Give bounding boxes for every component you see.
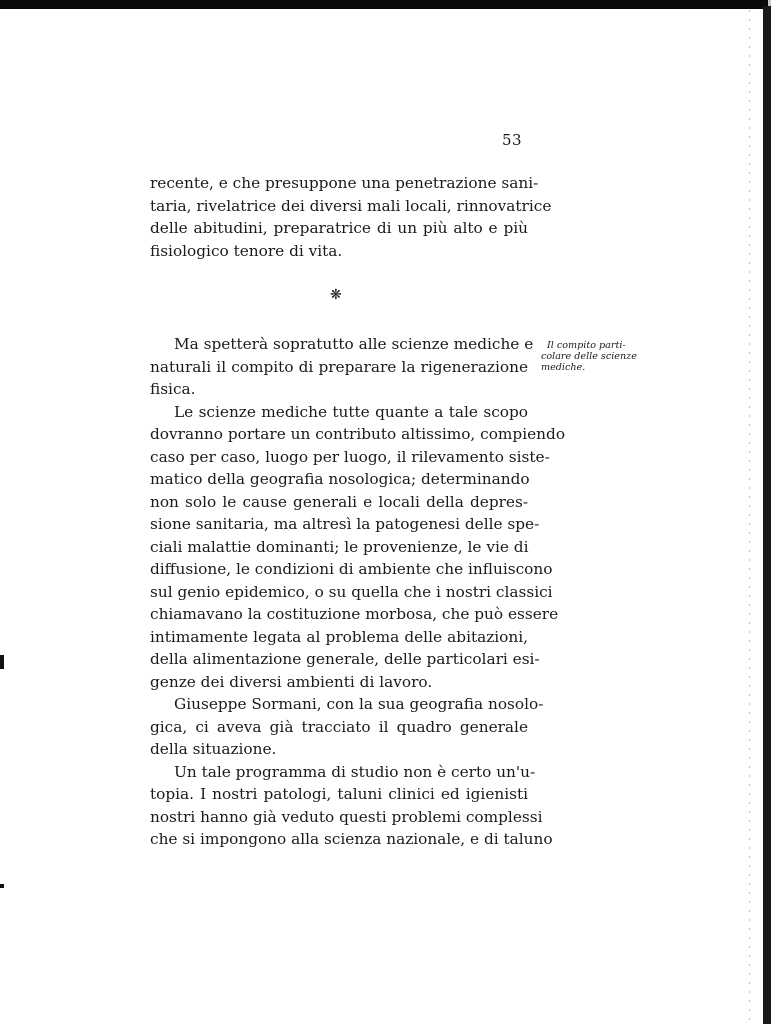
text-line: naturali il compito di preparare la rige… [150,356,528,379]
text-line: fisiologico tenore di vita. [150,240,528,263]
scan-left-mark-small [0,884,4,888]
text-line: ciali malattie dominanti; le provenienze… [150,536,528,559]
text-line: caso per caso, luogo per luogo, il rilev… [150,446,528,469]
text-line: delle abitudini, preparatrice di un più … [150,217,528,240]
text-line: chiamavano la costituzione morbosa, che … [150,603,528,626]
scan-left-mark [0,655,4,669]
text-line: nostri hanno già veduto questi problemi … [150,806,528,829]
marginal-note-line: Il compito parti- [541,340,651,351]
text-line: che si impongono alla scienza nazionale,… [150,828,528,851]
scan-top-border [0,0,771,9]
text-line: recente, e che presuppone una penetrazio… [150,172,528,195]
page-number: 53 [502,131,522,149]
text-line: Giuseppe Sormani, con la sua geografia n… [150,693,528,716]
text-line: fisica. [150,378,528,401]
text-line: Ma spetterà sopratutto alle scienze medi… [150,333,528,356]
marginal-note-line: mediche. [541,362,651,373]
text-line: Un tale programma di studio non è certo … [150,761,528,784]
marginal-note-line: colare delle scienze [541,351,651,362]
text-line: della situazione. [150,738,528,761]
text-line: taria, rivelatrice dei diversi mali loca… [150,195,528,218]
marginal-note: Il compito parti- colare delle scienze m… [541,340,651,373]
text-line: sione sanitaria, ma altresì la patogenes… [150,513,528,536]
section-asterism-icon: ❋ [330,287,342,303]
text-line: gica, ci aveva già tracciato il quadro g… [150,716,528,739]
text-line: topia. I nostri patologi, taluni clinici… [150,783,528,806]
text-line: della alimentazione generale, delle part… [150,648,528,671]
scan-gutter-dots [749,10,750,1024]
section-body: Ma spetterà sopratutto alle scienze medi… [150,333,528,851]
scan-right-edge [763,6,771,1024]
text-line: genze dei diversi ambienti di lavoro. [150,671,528,694]
text-line: Le scienze mediche tutte quante a tale s… [150,401,528,424]
text-line: non solo le cause generali e locali dell… [150,491,528,514]
text-line: matico della geografia nosologica; deter… [150,468,528,491]
text-line: diffusione, le condizioni di ambiente ch… [150,558,528,581]
text-line: sul genio epidemico, o su quella che i n… [150,581,528,604]
text-line: dovranno portare un contributo altissimo… [150,423,528,446]
paragraph-intro: recente, e che presuppone una penetrazio… [150,172,528,262]
text-line: intimamente legata al problema delle abi… [150,626,528,649]
